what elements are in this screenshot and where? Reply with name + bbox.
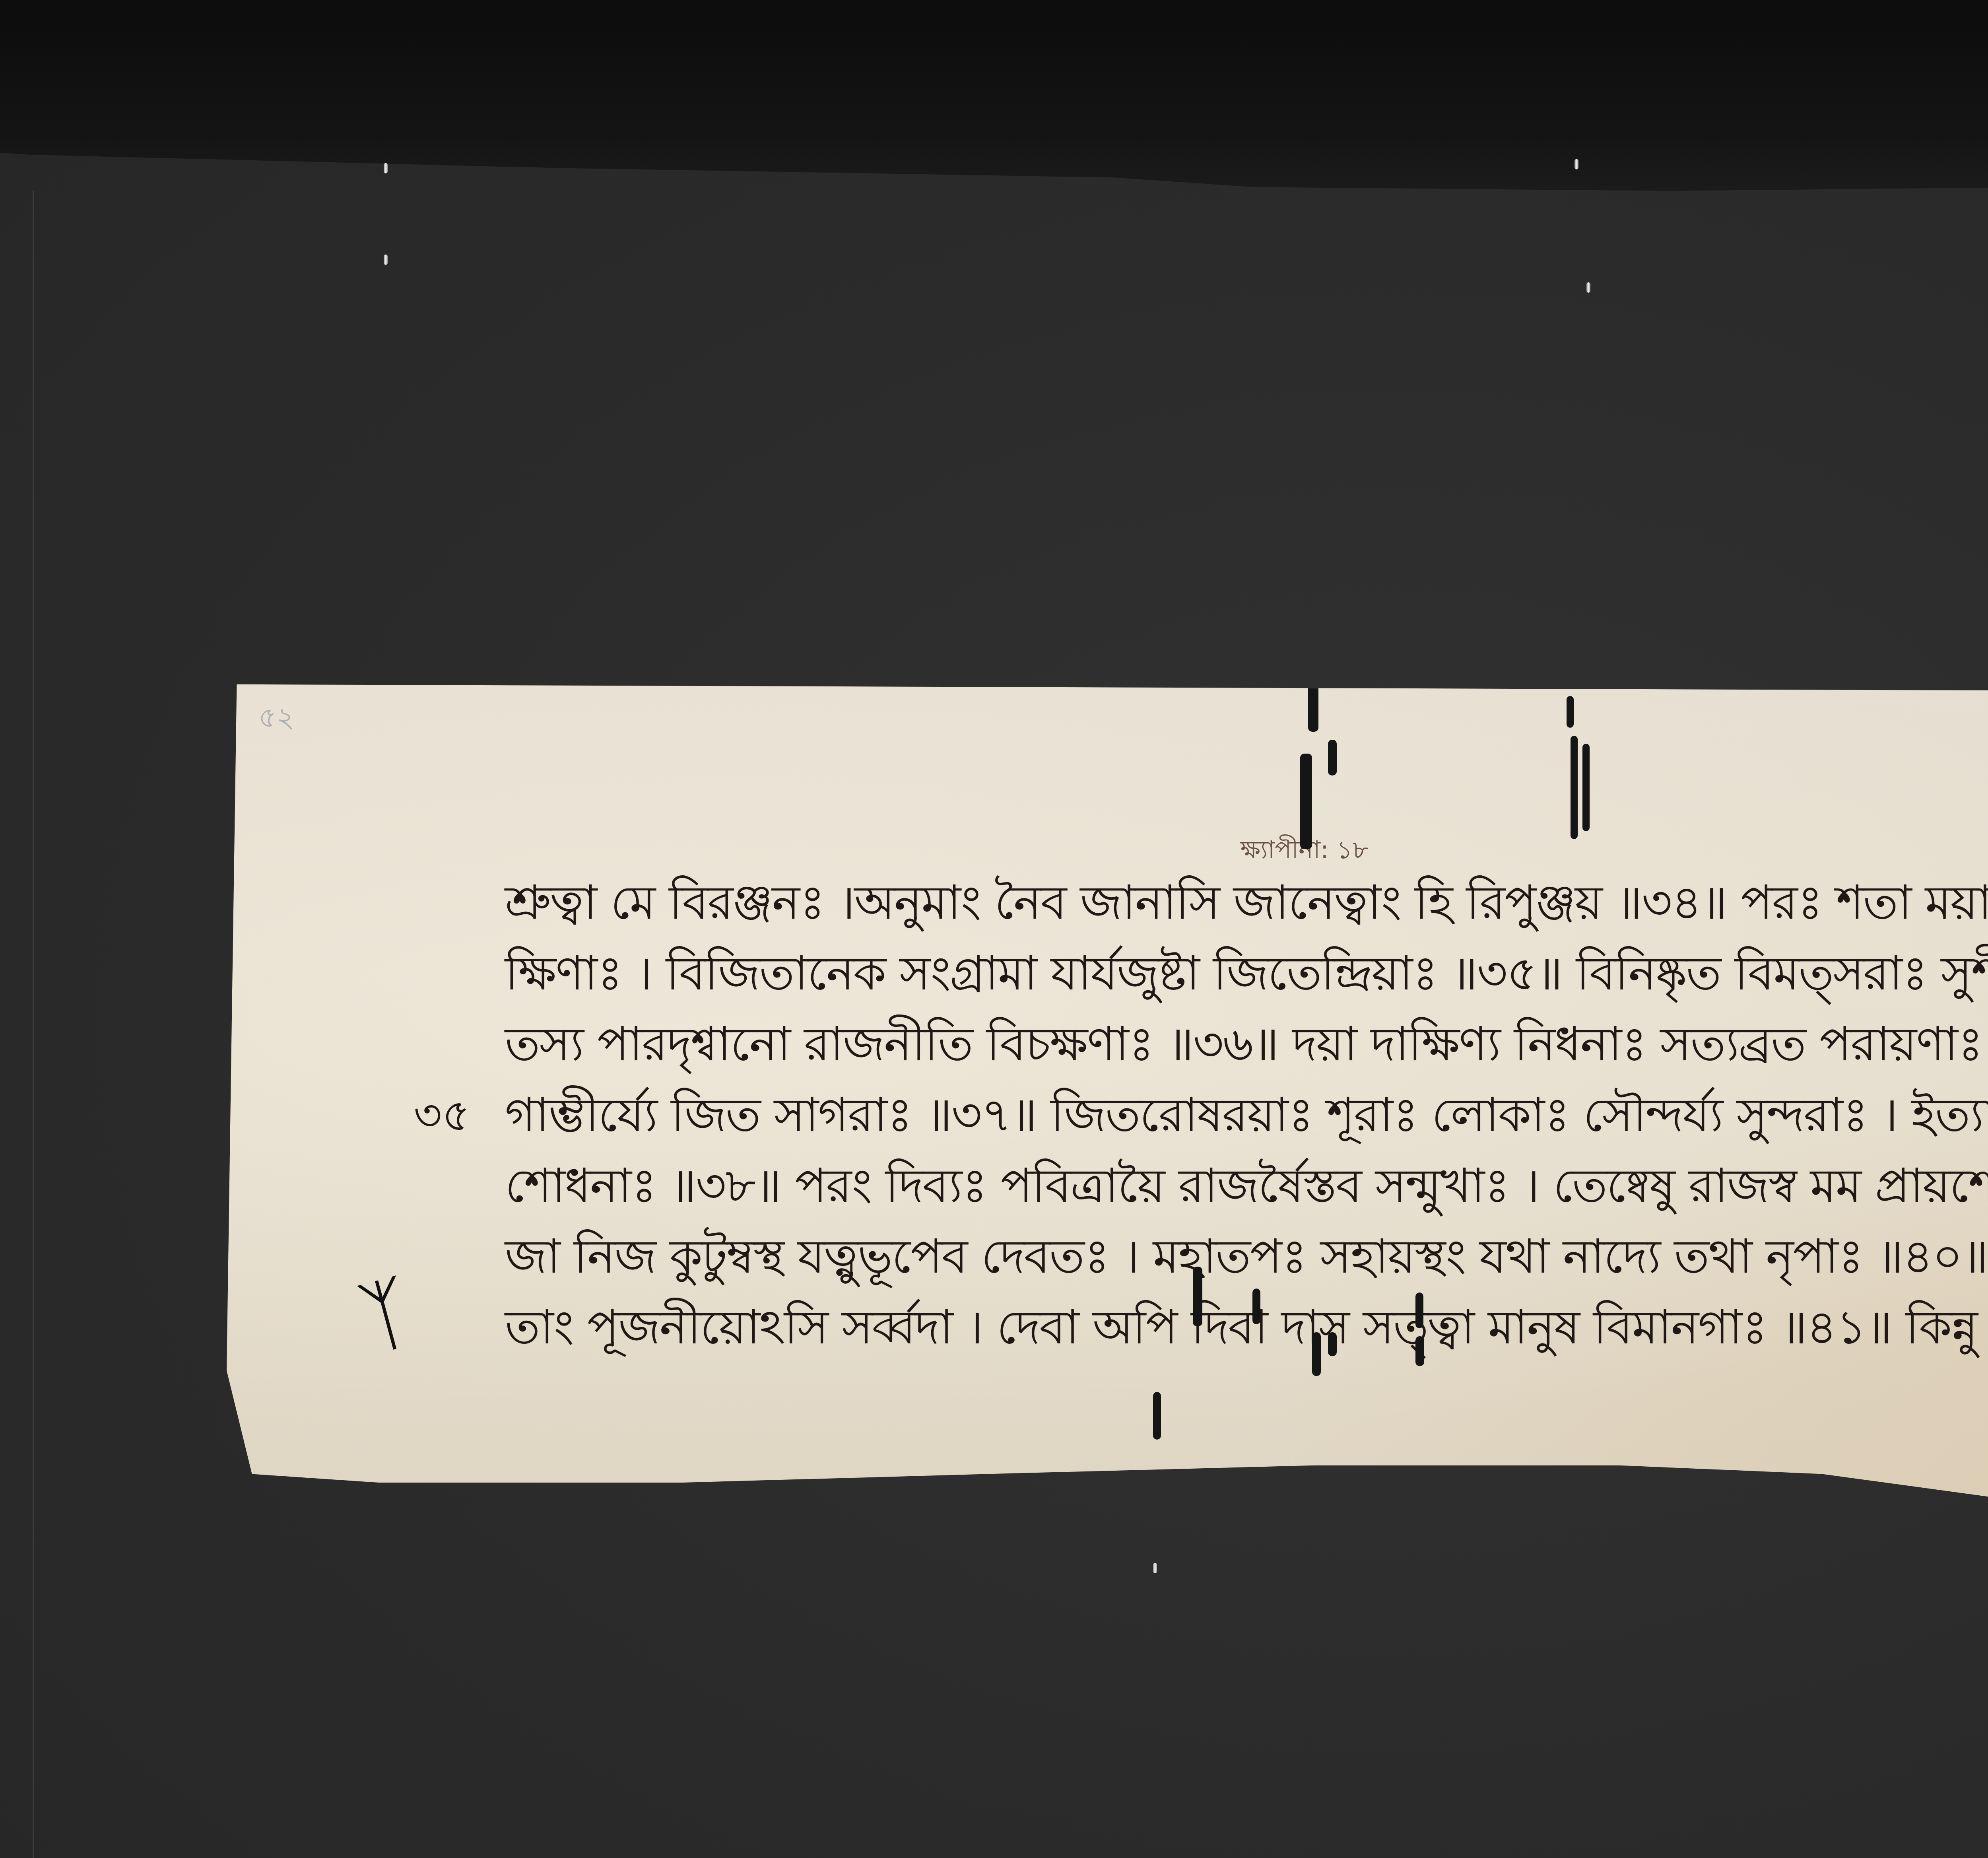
wormhole <box>1415 1292 1423 1328</box>
wormhole <box>1415 1336 1424 1366</box>
wormhole <box>1571 736 1578 839</box>
wormhole <box>1252 1289 1260 1324</box>
manuscript-leaf: ৫২ দু, দে, ৮ ৩ ক্ষ্যাপীনা: ১৮ ৩৫ ᛉ শ্রুত… <box>227 680 1988 1543</box>
pin-icon <box>1153 1563 1157 1573</box>
text-line-2: ক্ষিণাঃ । বিজিতানেক সংগ্রামা যার্যজুষ্টা… <box>505 938 1988 1009</box>
wormhole <box>1328 740 1337 775</box>
pin-icon <box>1574 159 1578 169</box>
text-line-7: তাং পূজনীয়োঽসি সর্ব্বদা । দেবা অপি দিবা… <box>505 1292 1988 1362</box>
wormhole <box>1312 1332 1321 1376</box>
manuscript-text: শ্রুত্বা মে বিরঞ্জনঃ ।অনুমাং নৈব জানাসি … <box>505 867 1988 1362</box>
wormhole <box>1567 696 1574 728</box>
wormhole <box>1328 1332 1337 1356</box>
wormhole <box>1582 744 1590 831</box>
text-line-4: গাম্ভীর্য্যে জিত সাগরাঃ ॥৩৭॥ জিতরোষরয়াঃ… <box>505 1079 1988 1150</box>
pencil-leaf-number: ৫২ <box>258 696 295 742</box>
wormhole <box>1193 1267 1202 1326</box>
wormhole <box>1153 1392 1161 1440</box>
margin-symbol: ᛉ <box>351 1264 421 1366</box>
wormhole <box>1300 754 1312 849</box>
text-line-3: তস্য পারদৃশ্বানো রাজনীতি বিচক্ষণাঃ ॥৩৬॥ … <box>505 1009 1988 1079</box>
mount-board-edge <box>33 191 34 1858</box>
text-line-6: জা নিজ কুটুম্বস্থ যত্নুভূপেব দেবতঃ । মহা… <box>505 1221 1988 1292</box>
text-line-5: শোধনাঃ ॥৩৮॥ পরং দিব্যঃ পবিত্রায়ৈ রাজর্ষ… <box>505 1150 1988 1221</box>
folio-number: ৩৫ <box>414 1082 470 1155</box>
pin-icon <box>384 163 388 173</box>
text-line-1: শ্রুত্বা মে বিরঞ্জনঃ ।অনুমাং নৈব জানাসি … <box>505 867 1988 938</box>
pin-icon <box>1586 282 1590 293</box>
pin-icon <box>384 255 388 265</box>
